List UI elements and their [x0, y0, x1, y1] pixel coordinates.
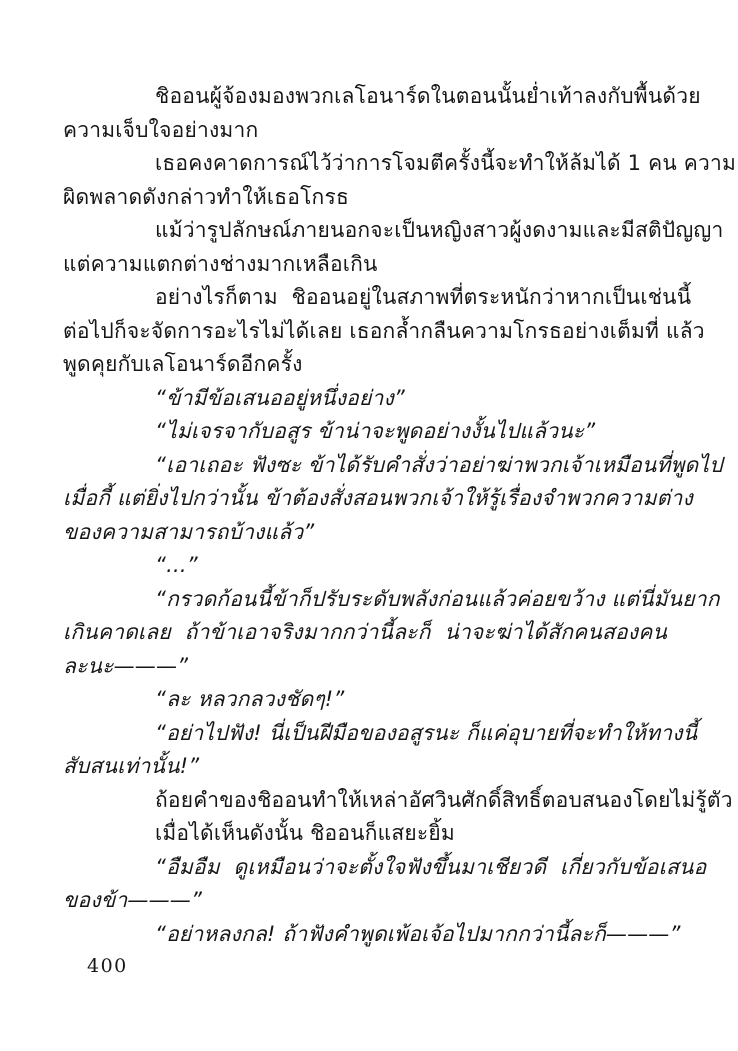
text-line: ชิออนผู้จ้องมองพวกเลโอนาร์ดในตอนนั้นย่ำเ… [63, 80, 681, 114]
text-line: พูดคุยกับเลโอนาร์ดอีกครั้ง [63, 348, 681, 382]
text-line: ของความสามารถบ้างแล้ว” [63, 516, 681, 550]
text-line: “ละ หลวกลวงชัดๆ!” [63, 683, 681, 717]
text-line: ถ้อยคำของชิออนทำให้เหล่าอัศวินศักดิ์สิทธ… [63, 784, 681, 818]
text-line: “เอาเถอะ ฟังซะ ข้าได้รับคำสั่งว่าอย่าฆ่า… [63, 449, 681, 483]
text-line: เมื่อได้เห็นดังนั้น ชิออนก็แสยะยิ้ม [63, 817, 681, 851]
text-block: ชิออนผู้จ้องมองพวกเลโอนาร์ดในตอนนั้นย่ำเ… [63, 80, 681, 951]
book-page: ชิออนผู้จ้องมองพวกเลโอนาร์ดในตอนนั้นย่ำเ… [0, 0, 738, 1051]
page-number: 400 [87, 955, 128, 977]
text-line: ผิดพลาดดังกล่าวทำให้เธอโกรธ [63, 181, 681, 215]
text-line: ของข้า———” [63, 884, 681, 918]
text-line: อย่างไรก็ตาม ชิออนอยู่ในสภาพที่ตระหนักว่… [63, 281, 681, 315]
text-line: “ข้ามีข้อเสนออยู่หนึ่งอย่าง” [63, 382, 681, 416]
text-line: “...” [63, 549, 681, 583]
text-line: “กรวดก้อนนี้ข้าก็ปรับระดับพลังก่อนแล้วค่… [63, 583, 681, 617]
text-line: เกินคาดเลย ถ้าข้าเอาจริงมากกว่านี้ละก็ น… [63, 616, 681, 650]
text-line: “อย่าหลงกล! ถ้าฟังคำพูดเพ้อเจ้อไปมากกว่า… [63, 918, 681, 952]
text-line: ต่อไปก็จะจัดการอะไรไม่ได้เลย เธอกล้ำกลืน… [63, 315, 681, 349]
text-line: สับสนเท่านั้น!” [63, 750, 681, 784]
text-line: เธอคงคาดการณ์ไว้ว่าการโจมตีครั้งนี้จะทำใ… [63, 147, 681, 181]
text-line: แต่ความแตกต่างช่างมากเหลือเกิน [63, 248, 681, 282]
text-line: ความเจ็บใจอย่างมาก [63, 114, 681, 148]
text-line: “อย่าไปฟัง! นี่เป็นฝีมือของอสูรนะ ก็แค่อ… [63, 717, 681, 751]
text-line: ละนะ———” [63, 650, 681, 684]
text-line: “อืมอืม ดูเหมือนว่าจะตั้งใจฟังขึ้นมาเชีย… [63, 851, 681, 885]
text-line: “ไม่เจรจากับอสูร ข้าน่าจะพูดอย่างงั้นไปแ… [63, 415, 681, 449]
text-line: เมื่อกี้ แต่ยิ่งไปกว่านั้น ข้าต้องสั่งสอ… [63, 482, 681, 516]
text-line: แม้ว่ารูปลักษณ์ภายนอกจะเป็นหญิงสาวผู้งดง… [63, 214, 681, 248]
